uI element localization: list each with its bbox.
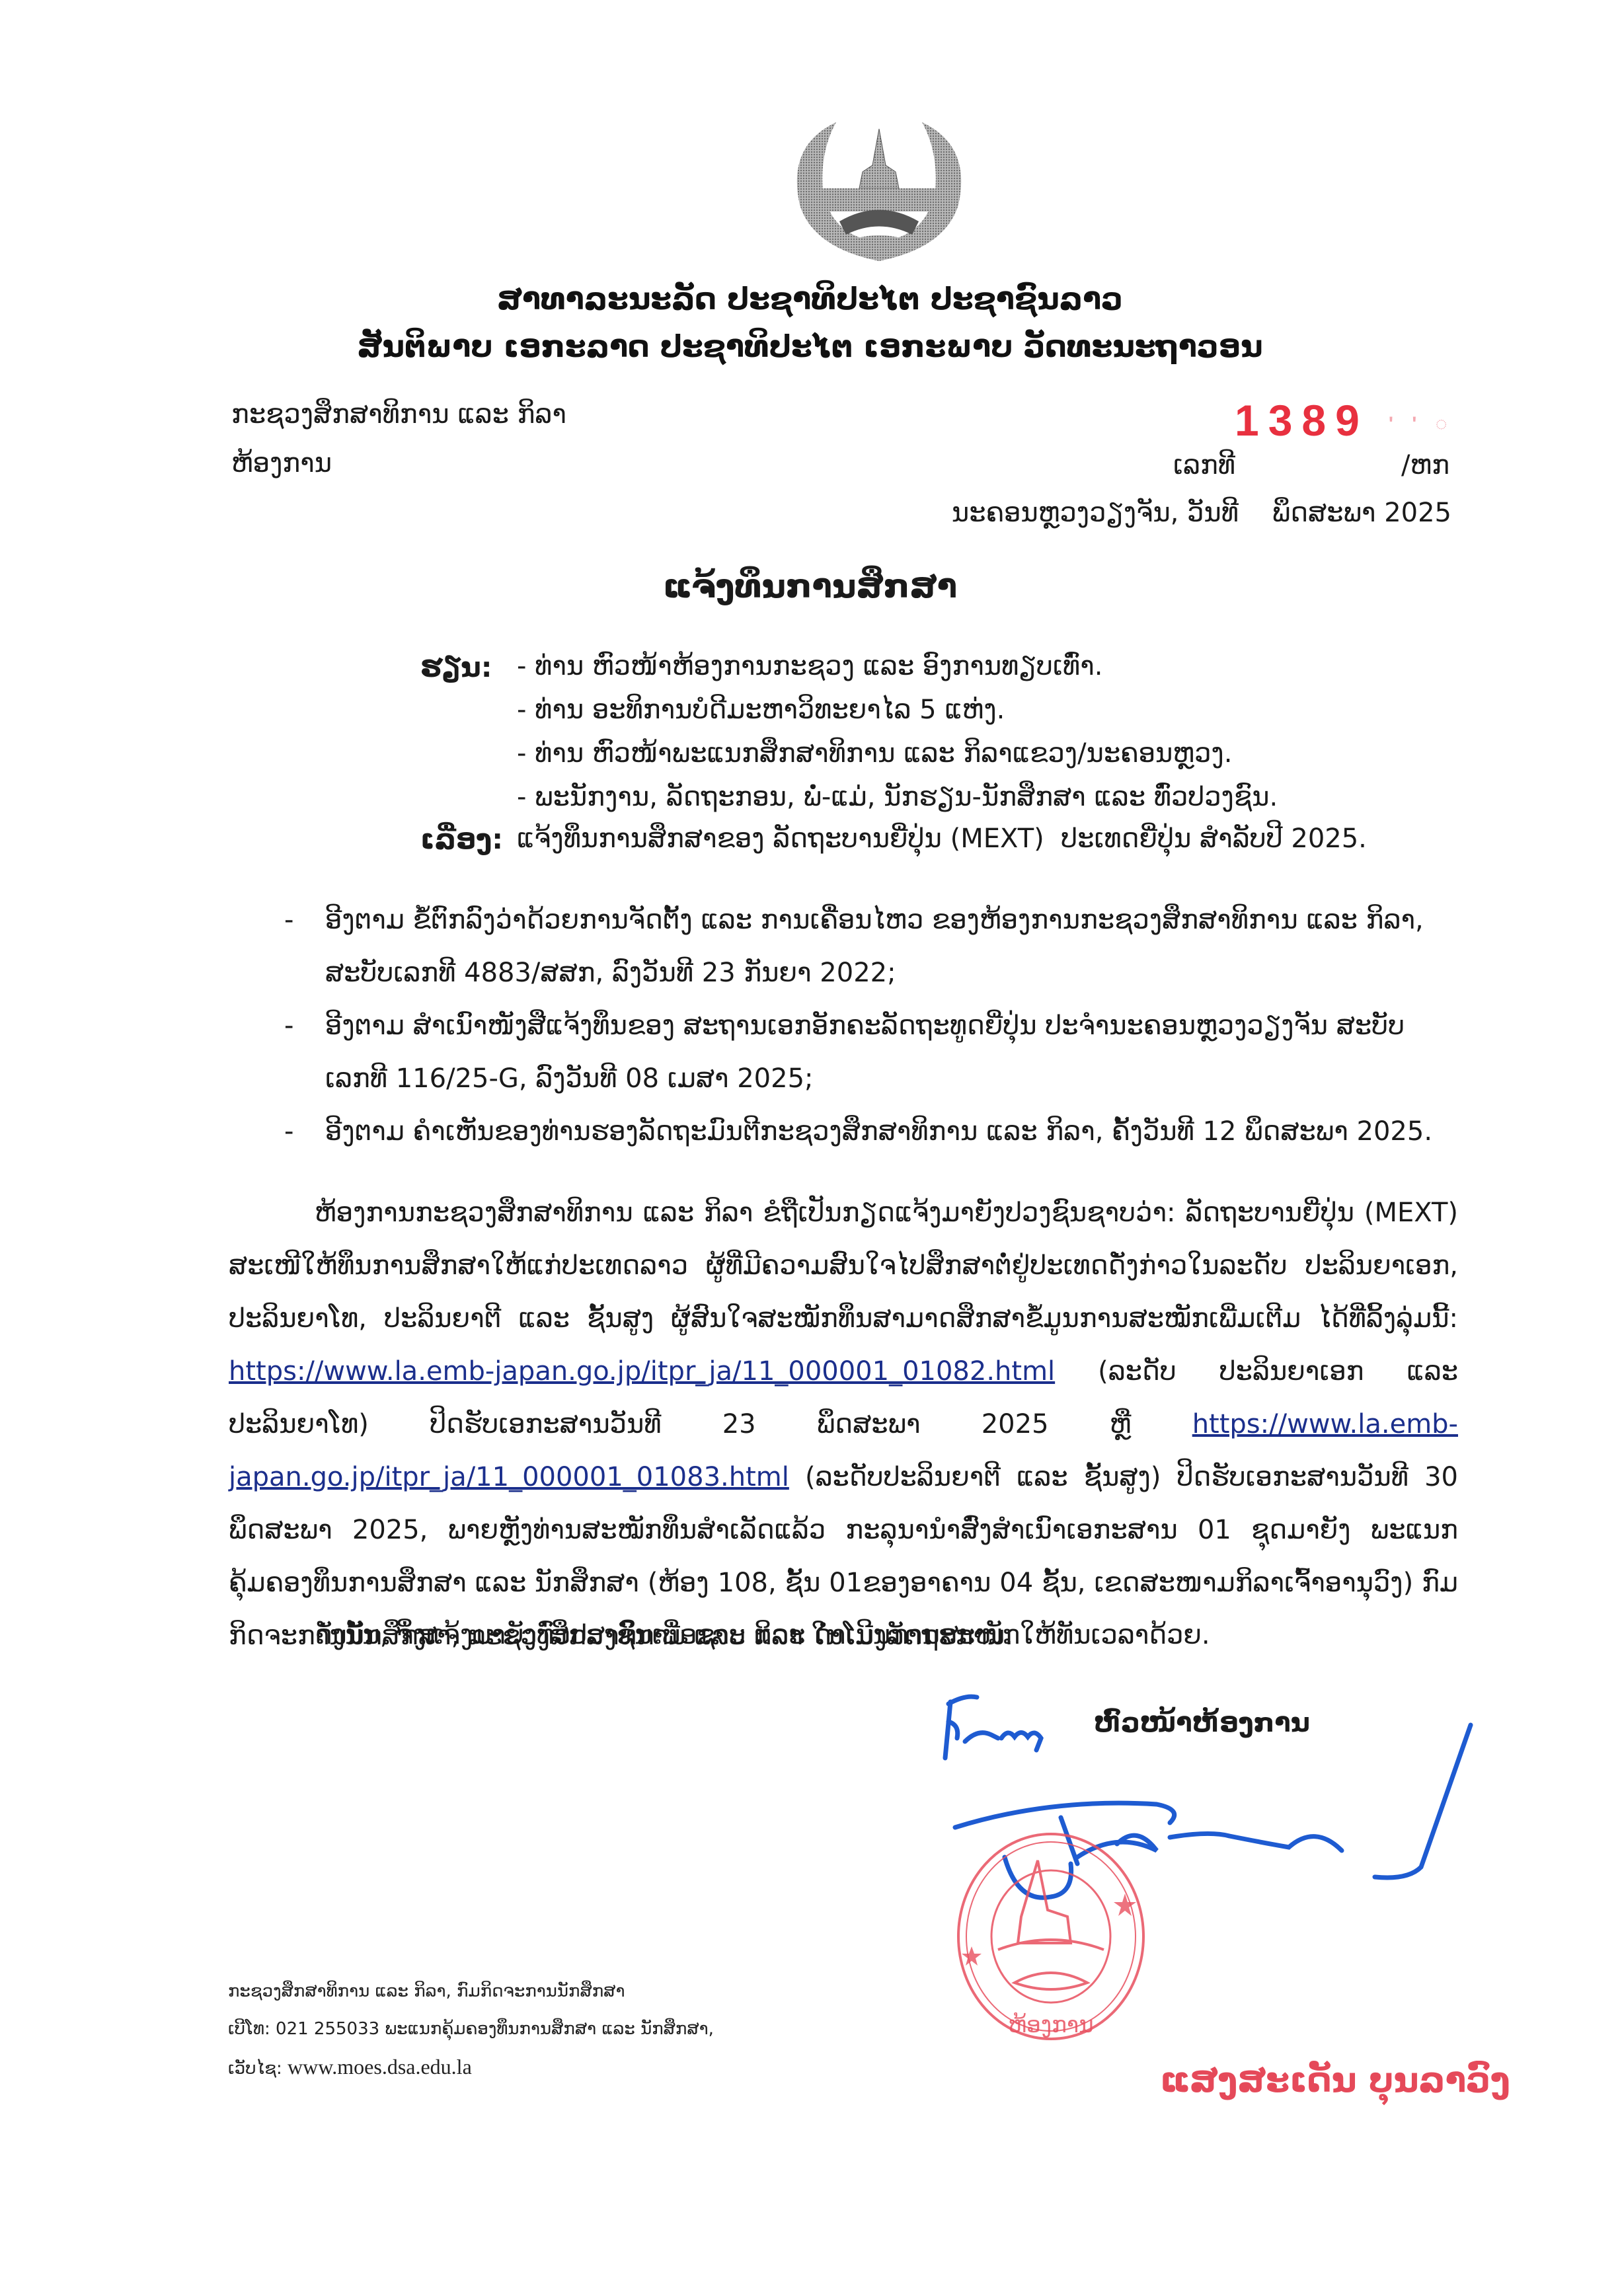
recipient-item: - ພະນັກງານ, ລັດຖະກອນ, ພໍ່-ແມ່, ນັກຮຽນ-ນັ… <box>517 782 1278 825</box>
mext-graduate-link[interactable]: https://www.la.emb-japan.go.jp/itpr_ja/1… <box>229 1356 1055 1387</box>
recipient-item: - ທ່ານ ອະທິການບໍດີມະຫາວິທະຍາໄລ 5 ແຫ່ງ. <box>517 695 1278 738</box>
document-number-stamp: 1389' ' ◌ <box>1235 395 1454 445</box>
signatory-title: ຫົວໜ້າຫ້ອງການ <box>1094 1707 1310 1739</box>
bullet-dash: - <box>284 894 293 946</box>
reference-item: -ອີງຕາມ ຂໍ້ຕົກລົງວ່າດ້ວຍການຈັດຕັ້ງ ແລະ ກ… <box>284 894 1467 999</box>
national-motto-heading: ສັນຕິພາບ ເອກະລາດ ປະຊາທິປະໄຕ ເອກະພາບ ວັດທ… <box>0 328 1620 364</box>
document-number-value: 1389 <box>1235 396 1369 445</box>
country-name-heading: ສາທາລະນະລັດ ປະຊາທິປະໄຕ ປະຊາຊົນລາວ <box>0 281 1620 317</box>
footer-phone: ເບີໂທ: 021 255033 ພະແນກຄຸ້ມຄອງທຶນການສຶກສ… <box>228 2010 714 2048</box>
subject-label: ເລື່ອງ: <box>420 823 503 856</box>
website-url[interactable]: www.moes.dsa.edu.la <box>288 2055 472 2079</box>
footer-website: ເວັບໄຊ: www.moes.dsa.edu.la <box>228 2048 714 2088</box>
subject-text: ແຈ້ງທຶນການສຶກສາຂອງ ລັດຖະບານຍີ່ປຸ່ນ (MEXT… <box>517 823 1367 855</box>
issuing-office: ຫ້ອງການ <box>231 447 332 479</box>
recipients-label: ຮຽນ: <box>420 651 492 684</box>
reference-item: -ອີງຕາມ ສຳເນົາໜັງສືແຈ້ງທຶນຂອງ ສະຖານເອກອັ… <box>284 999 1467 1105</box>
lao-national-emblem-icon <box>773 106 985 271</box>
recipients-list: - ທ່ານ ຫົວໜ້າຫ້ອງການກະຊວງ ແລະ ອົງການທຽບເ… <box>517 651 1278 825</box>
document-title: ແຈ້ງທຶນການສຶກສາ <box>0 567 1620 605</box>
place-and-date: ນະຄອນຫຼວງວຽງຈັນ, ວັນທີ ພຶດສະພາ 2025 <box>952 497 1451 529</box>
recipient-item: - ທ່ານ ຫົວໜ້າຫ້ອງການກະຊວງ ແລະ ອົງການທຽບເ… <box>517 651 1278 695</box>
footer-contact: ກະຊວງສຶກສາທິການ ແລະ ກິລາ, ກົມກິດຈະການນັກ… <box>228 1973 714 2088</box>
bullet-dash: - <box>284 999 293 1052</box>
issuing-ministry: ກະຊວງສຶກສາທິການ ແລະ ກິລາ <box>231 399 566 430</box>
footer-organization: ກະຊວງສຶກສາທິການ ແລະ ກິລາ, ກົມກິດຈະການນັກ… <box>228 1973 714 2010</box>
document-number-label: ເລກທີ <box>1173 449 1235 481</box>
closing-statement: ດັ່ງນັ້ນ, ຈຶ່ງແຈ້ງມາຍັງທົ່ວປວງຊົນເພື່ອຊາ… <box>315 1619 1210 1651</box>
references-list: -ອີງຕາມ ຂໍ້ຕົກລົງວ່າດ້ວຍການຈັດຕັ້ງ ແລະ ກ… <box>284 894 1467 1158</box>
recipient-item: - ທ່ານ ຫົວໜ້າພະແນກສຶກສາທິການ ແລະ ກິລາແຂວ… <box>517 738 1278 782</box>
stamp-residue: ' ' ◌ <box>1389 413 1454 435</box>
official-seal-stamp: ຫ້ອງການ <box>952 1831 1157 2049</box>
reference-item: -ອີງຕາມ ຄຳເຫັນຂອງທ່ານຮອງລັດຖະມົນຕີກະຊວງສ… <box>284 1105 1467 1158</box>
signer-name: ແສງສະເດັນ ບຸນລາວົງ <box>1160 2061 1510 2100</box>
bullet-dash: - <box>284 1105 293 1158</box>
body-paragraph: ຫ້ອງການກະຊວງສຶກສາທິການ ແລະ ກິລາ ຂໍຖືເປັນ… <box>229 1186 1458 1662</box>
svg-text:ຫ້ອງການ: ຫ້ອງການ <box>1008 2012 1093 2038</box>
document-number-suffix: /ຫກ <box>1401 449 1449 481</box>
